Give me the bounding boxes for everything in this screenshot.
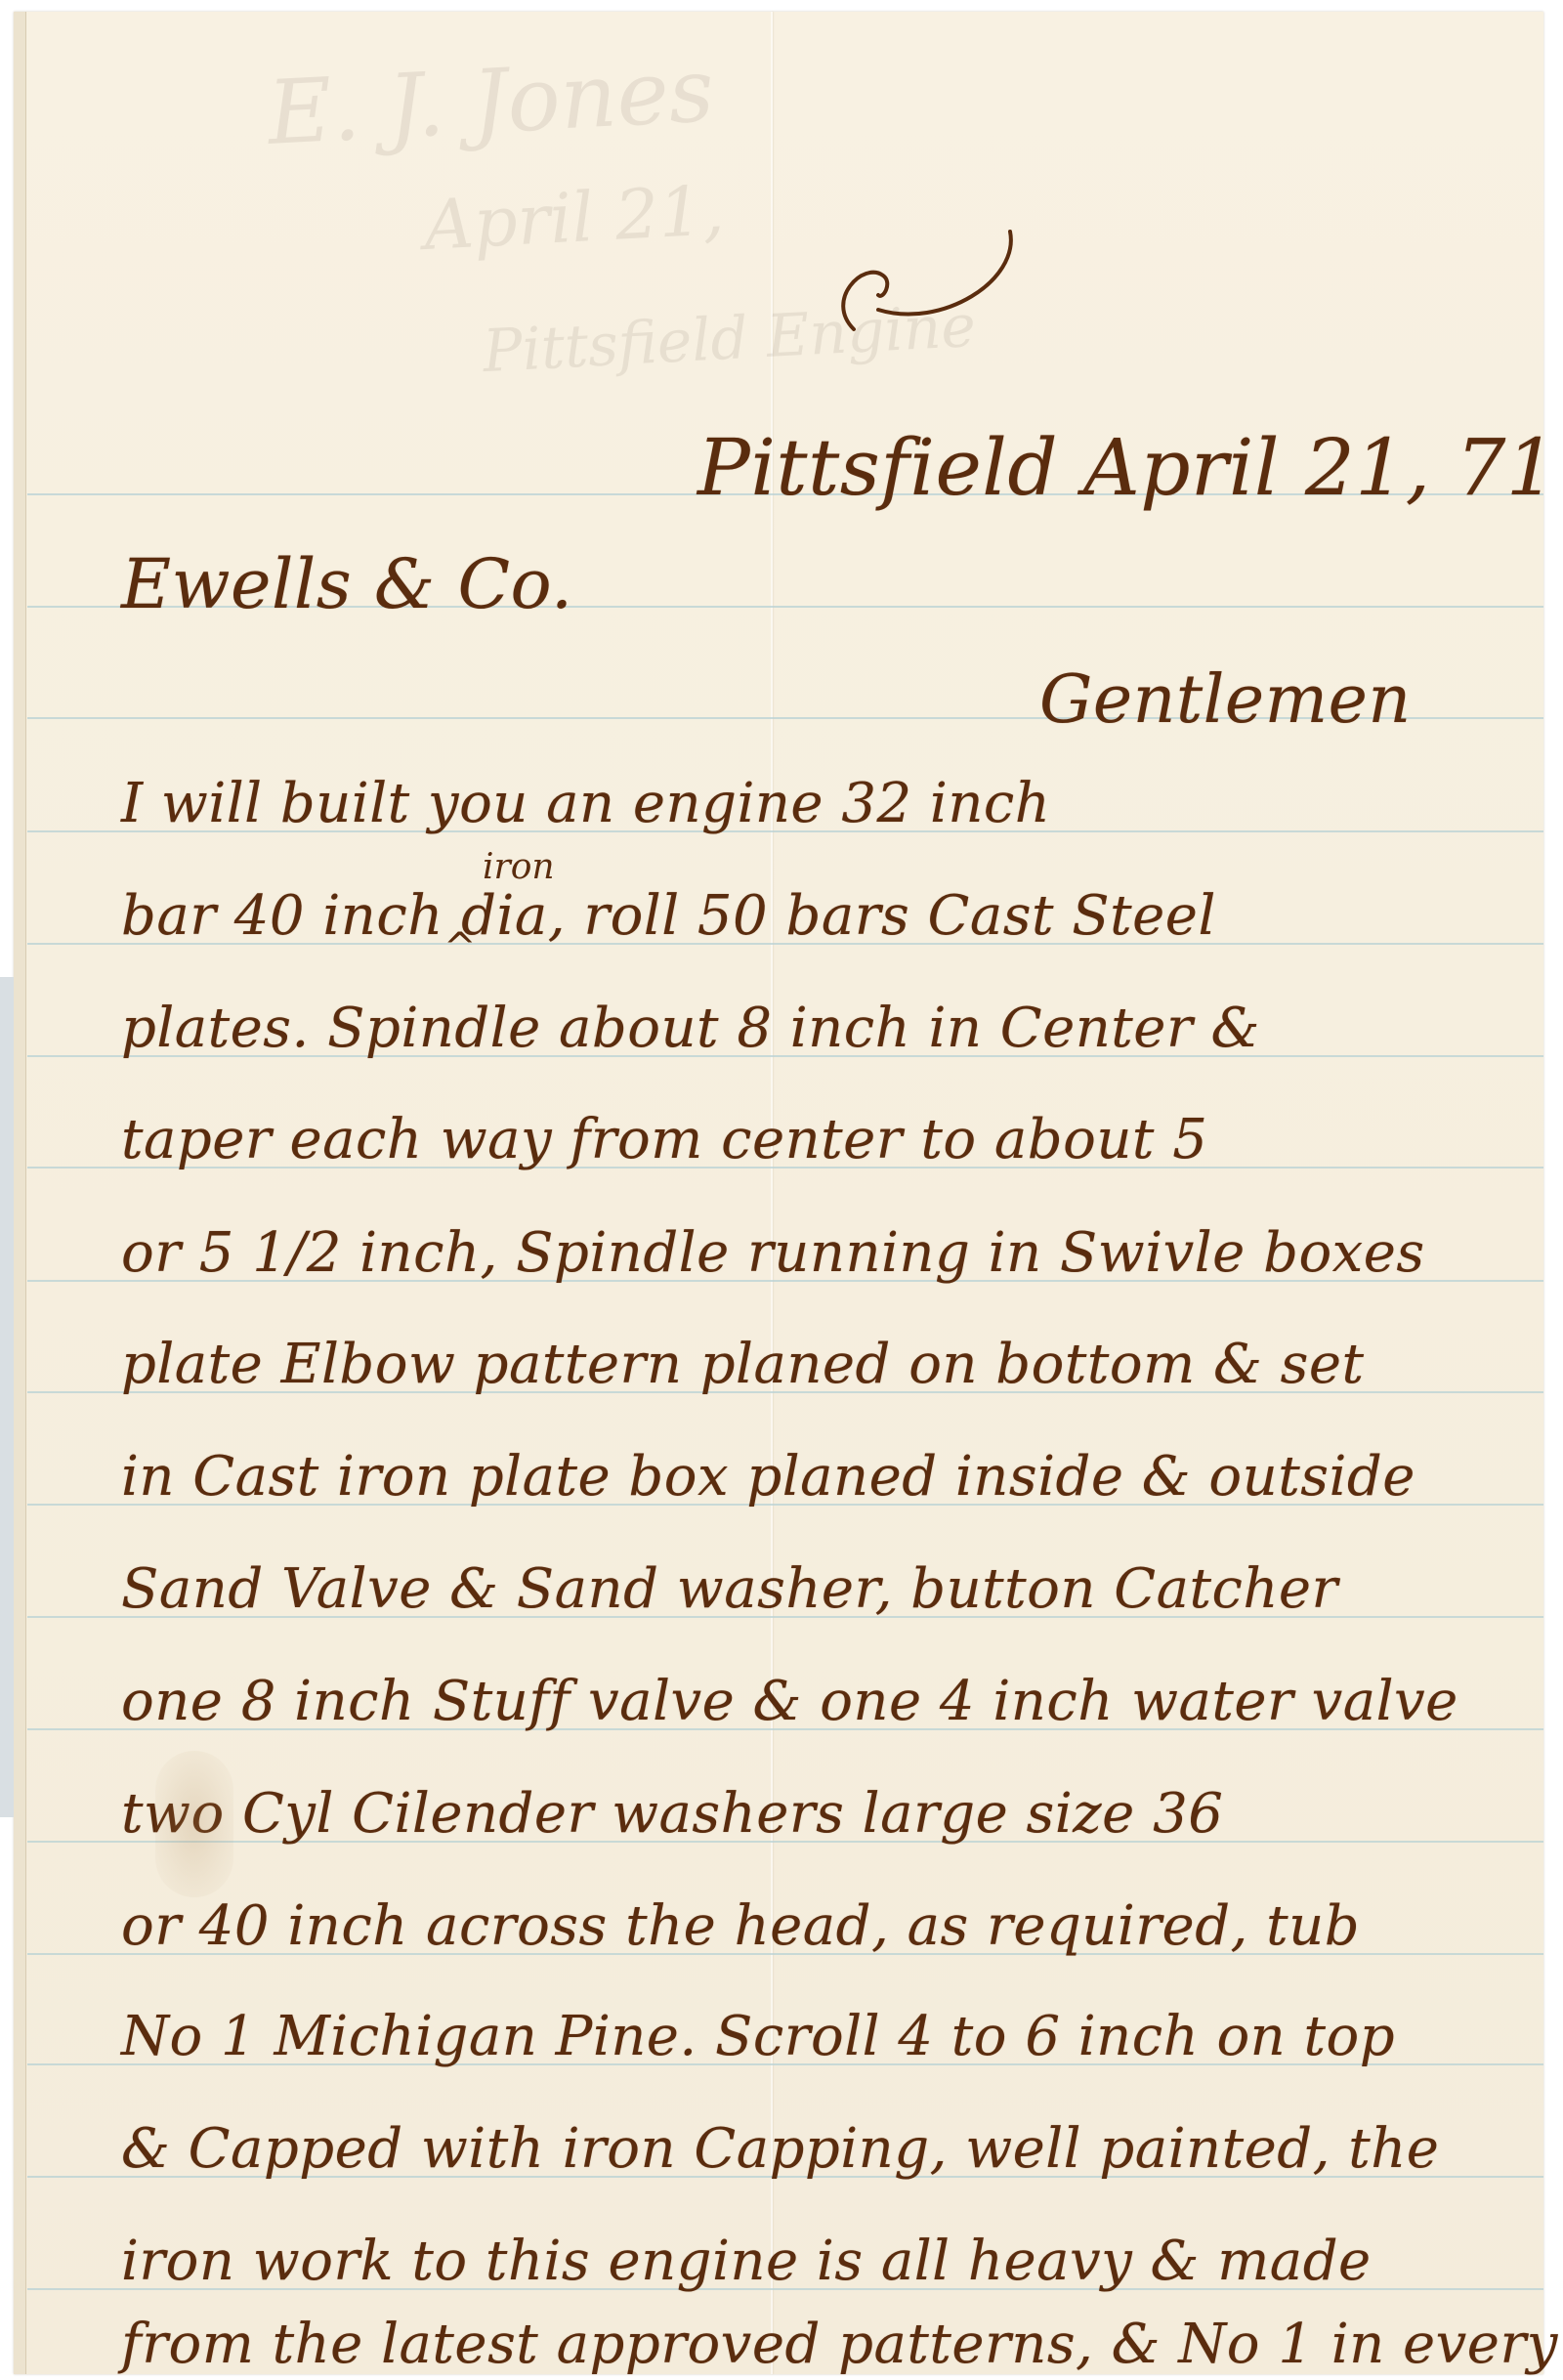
flourish-icon [824,222,1039,339]
place-date-line: Pittsfield April 21, 71 [697,422,1556,513]
bleed-through-text: April 21, [422,170,726,266]
letter-page: E. J. Jones April 21, Pittsfield Engine … [14,12,1543,2374]
body-line: Sand Valve & Sand washer, button Catcher [121,1557,1338,1621]
inserted-word: iron [483,847,555,887]
body-line: iron work to this engine is all heavy & … [121,2230,1372,2293]
body-line: in Cast iron plate box planed inside & o… [121,1445,1415,1509]
body-line: or 5 1/2 inch, Spindle running in Swivle… [121,1221,1425,1285]
body-line: from the latest approved patterns, & No … [121,2313,1558,2376]
scanner-background-strip [0,977,14,1817]
addressee: Ewells & Co. [121,544,573,624]
body-line: plates. Spindle about 8 inch in Center & [121,997,1260,1060]
paper-edge [14,12,26,2374]
body-line: taper each way from center to about 5 [121,1108,1207,1171]
body-line: No 1 Michigan Pine. Scroll 4 to 6 inch o… [121,2005,1395,2068]
ink-stain [155,1751,233,1897]
body-line: & Capped with iron Capping, well painted… [121,2117,1439,2181]
body-line: two Cyl Cilender washers large size 36 [121,1782,1223,1846]
body-line: plate Elbow pattern planed on bottom & s… [121,1333,1365,1396]
body-line: or 40 inch across the head, as required,… [121,1894,1360,1958]
body-line: bar 40 inch dia, roll 50 bars Cast Steel [121,884,1216,948]
body-line: I will built you an engine 32 inch [121,772,1050,835]
scanned-letter: E. J. Jones April 21, Pittsfield Engine … [0,0,1563,2380]
body-line: one 8 inch Stuff valve & one 4 inch wate… [121,1670,1458,1733]
greeting: Gentlemen [1039,661,1412,739]
bleed-through-text: E. J. Jones [266,39,717,165]
